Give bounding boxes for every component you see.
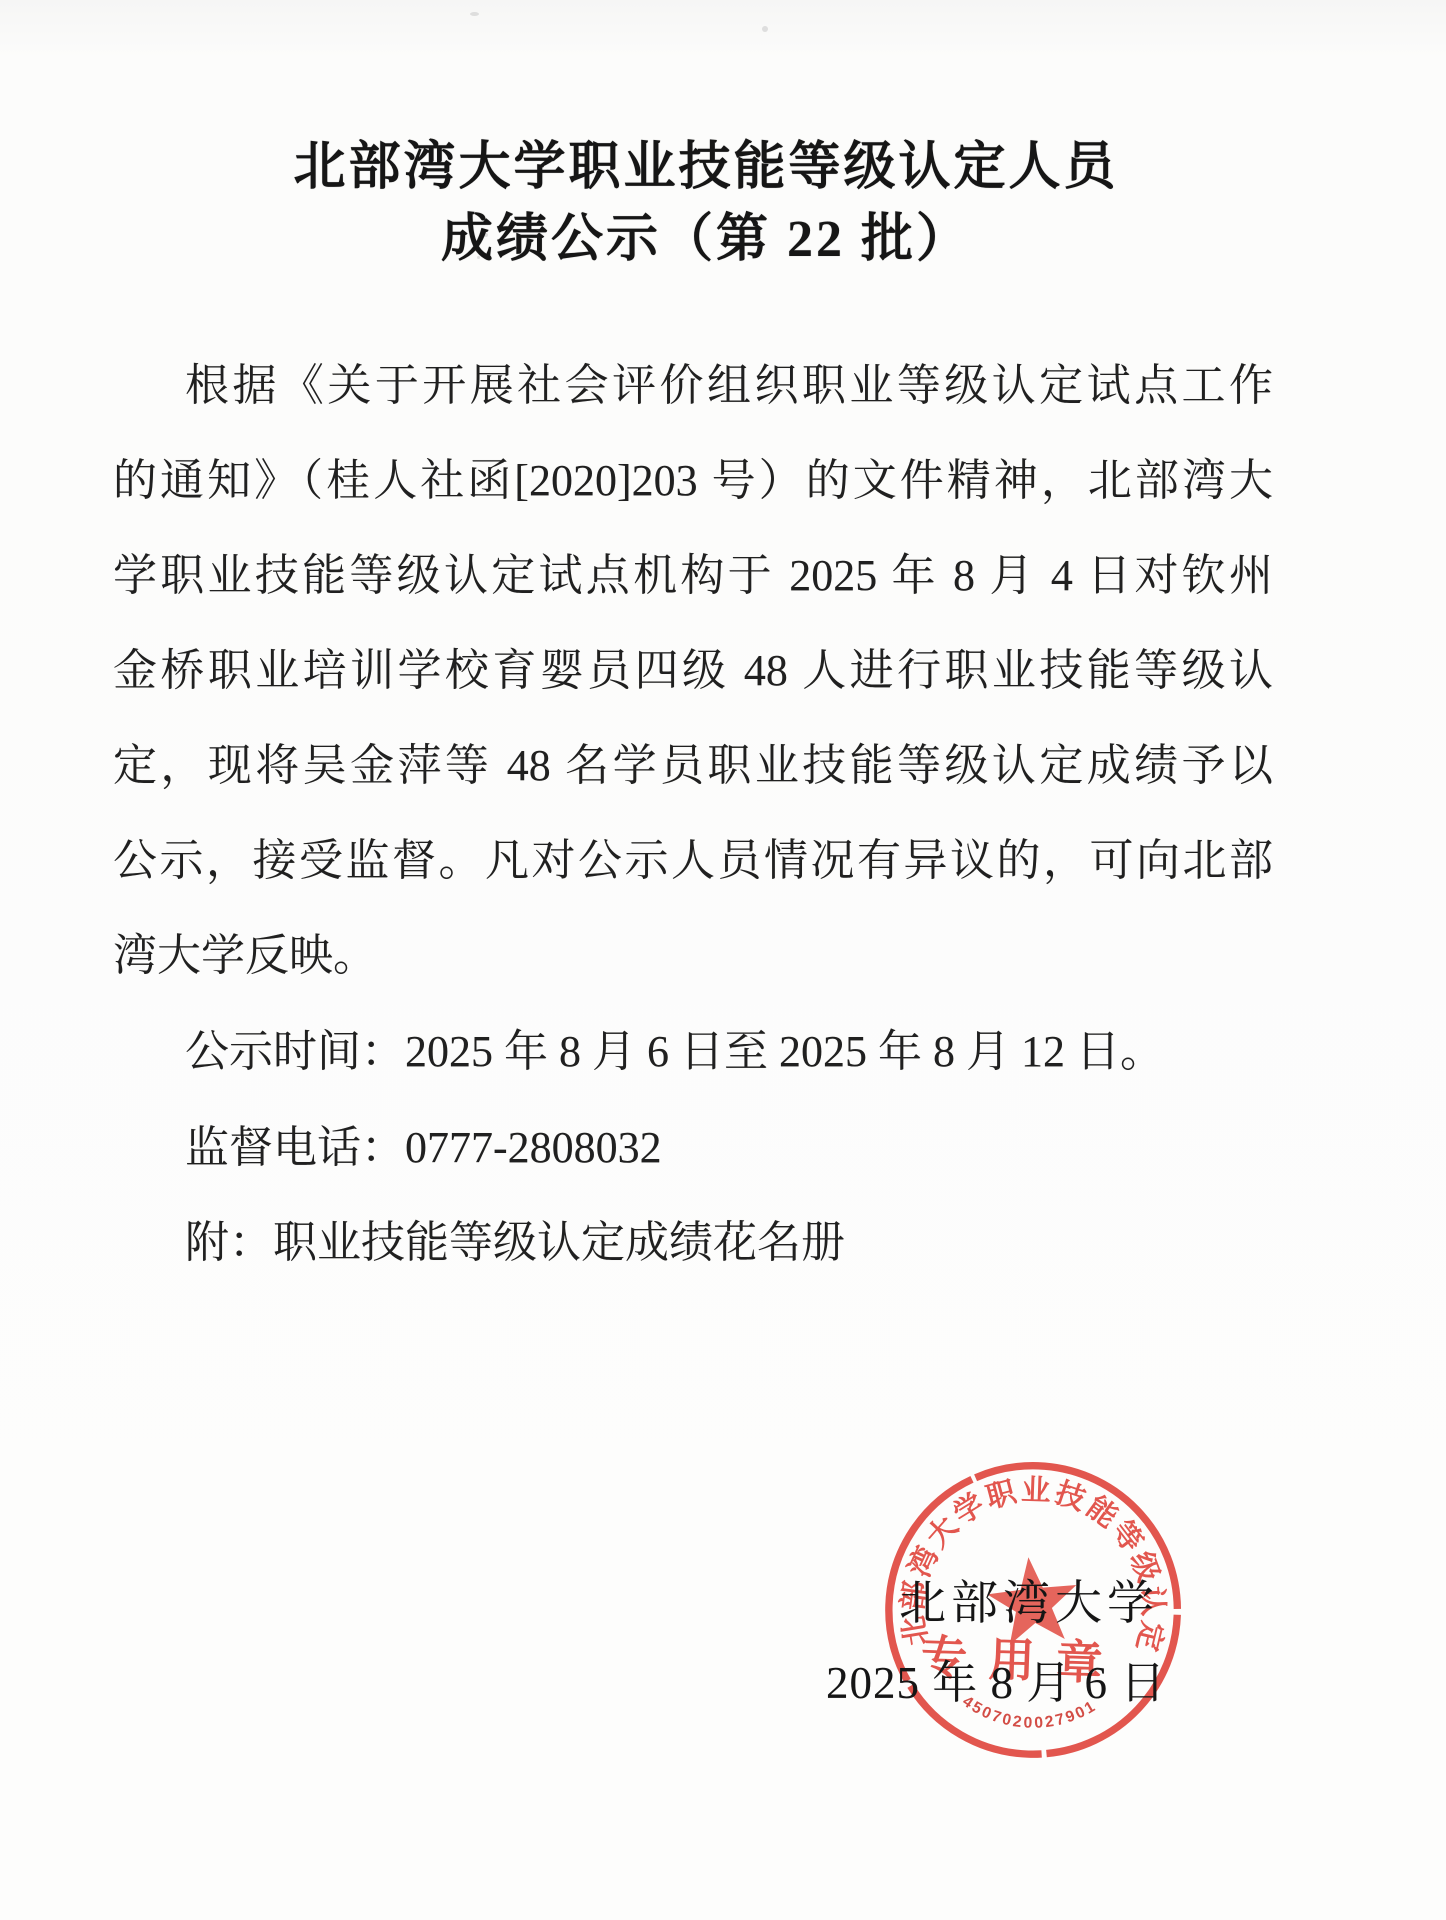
document-title-line2: 成绩公示（第 22 批） (0, 196, 1412, 271)
attachment-line: 附：职业技能等级认定成绩花名册 (113, 1215, 1273, 1271)
scanned-notice-page: 北部湾大学职业技能等级认定人员 成绩公示（第 22 批） 根据《关于开展社会评价… (0, 0, 1446, 1920)
body-line: 的通知》（桂人社函[2020]203 号）的文件精神，北部湾大 (113, 453, 1273, 509)
body-line: 湾大学反映。 (113, 928, 1273, 984)
scan-speck (762, 26, 768, 32)
supervision-phone-line: 监督电话：0777-2808032 (113, 1120, 1273, 1176)
scan-speck (470, 12, 479, 16)
body-line: 学职业技能等级认定试点机构于 2025 年 8 月 4 日对钦州 (113, 548, 1273, 604)
document-title-line1: 北部湾大学职业技能等级认定人员 (0, 124, 1412, 199)
signature-organization: 北部湾大学 (899, 1566, 1159, 1633)
body-line: 根据《关于开展社会评价组织职业等级认定试点工作 (113, 358, 1273, 414)
publicity-period-line: 公示时间：2025 年 8 月 6 日至 2025 年 8 月 12 日。 (113, 1024, 1273, 1080)
body-line: 金桥职业培训学校育婴员四级 48 人进行职业技能等级认 (113, 643, 1273, 699)
body-line: 公示，接受监督。凡对公示人员情况有异议的，可向北部 (113, 833, 1273, 889)
body-line: 定，现将吴金萍等 48 名学员职业技能等级认定成绩予以 (113, 738, 1273, 794)
signature-date: 2025 年 8 月 6 日 (826, 1646, 1166, 1711)
